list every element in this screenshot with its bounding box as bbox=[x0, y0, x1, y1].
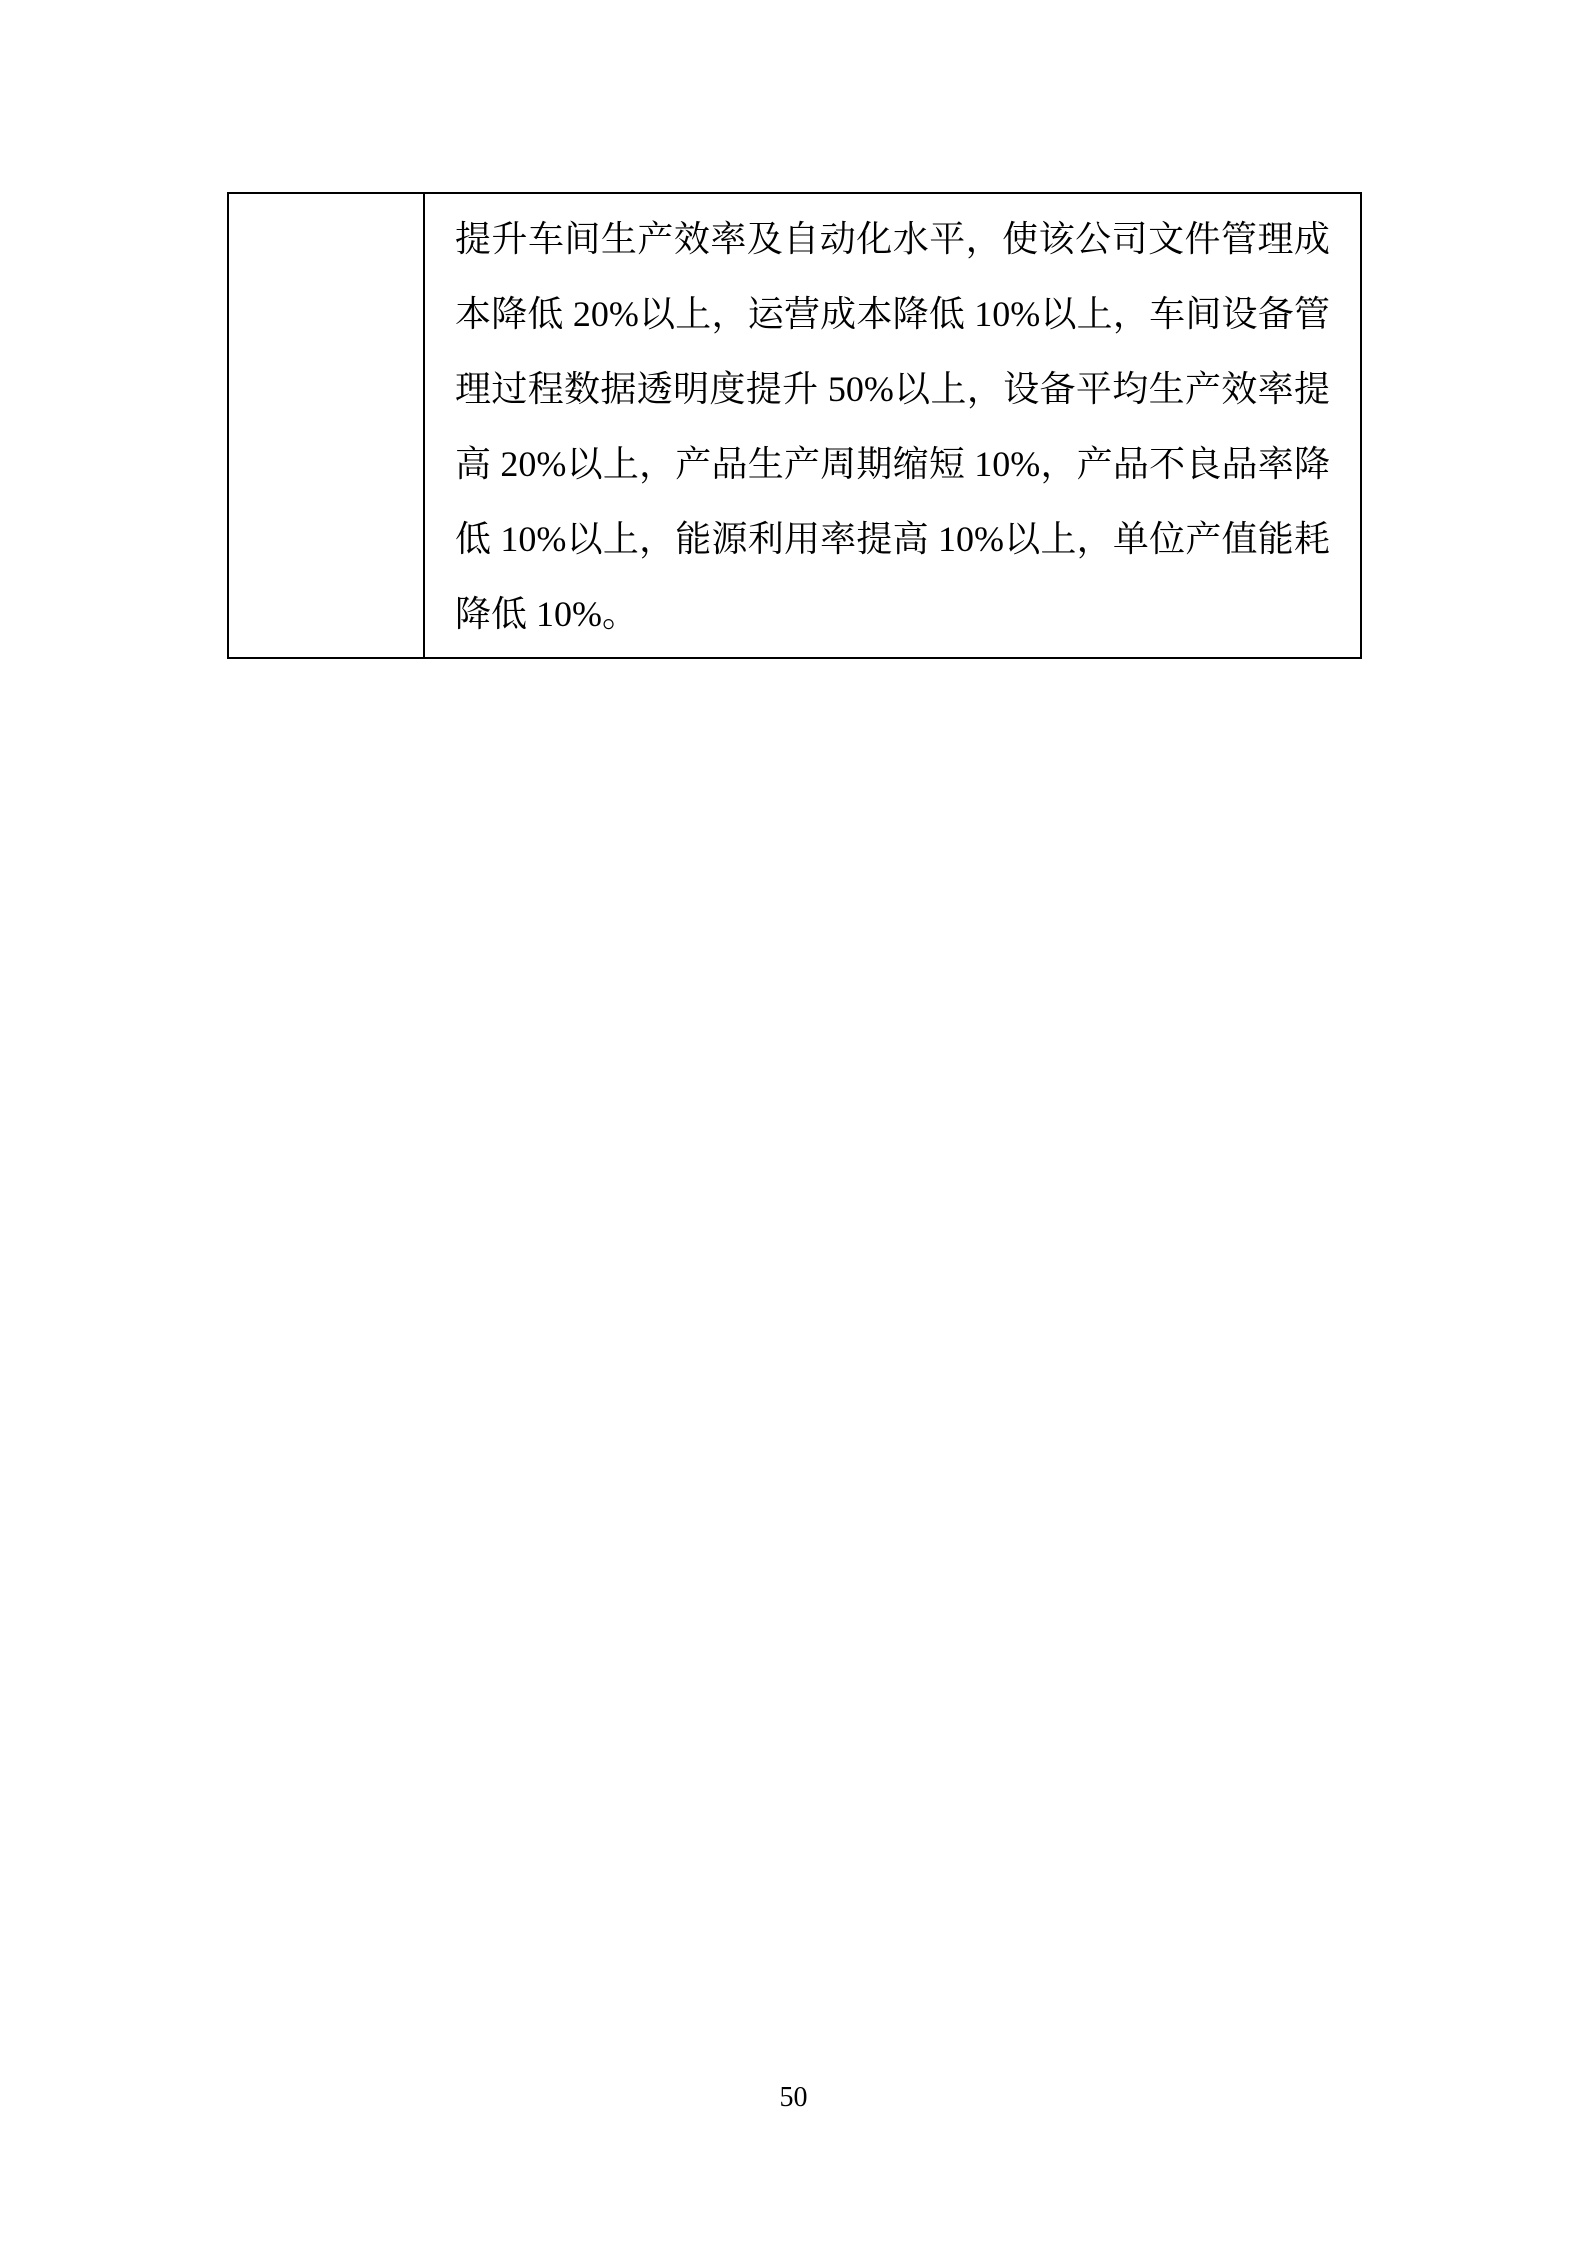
table-text-line: 理过程数据透明度提升 50%以上，设备平均生产效率提 bbox=[455, 352, 1330, 427]
table-text-line: 降低 10%。 bbox=[455, 577, 1330, 652]
table-label-cell bbox=[229, 194, 425, 657]
document-page: 提升车间生产效率及自动化水平，使该公司文件管理成 本降低 20%以上，运营成本降… bbox=[0, 0, 1587, 2245]
page-number: 50 bbox=[0, 2082, 1587, 2114]
table-content-cell: 提升车间生产效率及自动化水平，使该公司文件管理成 本降低 20%以上，运营成本降… bbox=[425, 194, 1360, 657]
table-text-line: 提升车间生产效率及自动化水平，使该公司文件管理成 bbox=[455, 202, 1330, 277]
table-text-line: 本降低 20%以上，运营成本降低 10%以上，车间设备管 bbox=[455, 277, 1330, 352]
table-text-line: 低 10%以上，能源利用率提高 10%以上，单位产值能耗 bbox=[455, 502, 1330, 577]
continuation-table: 提升车间生产效率及自动化水平，使该公司文件管理成 本降低 20%以上，运营成本降… bbox=[227, 192, 1362, 659]
table-text-line: 高 20%以上，产品生产周期缩短 10%，产品不良品率降 bbox=[455, 427, 1330, 502]
